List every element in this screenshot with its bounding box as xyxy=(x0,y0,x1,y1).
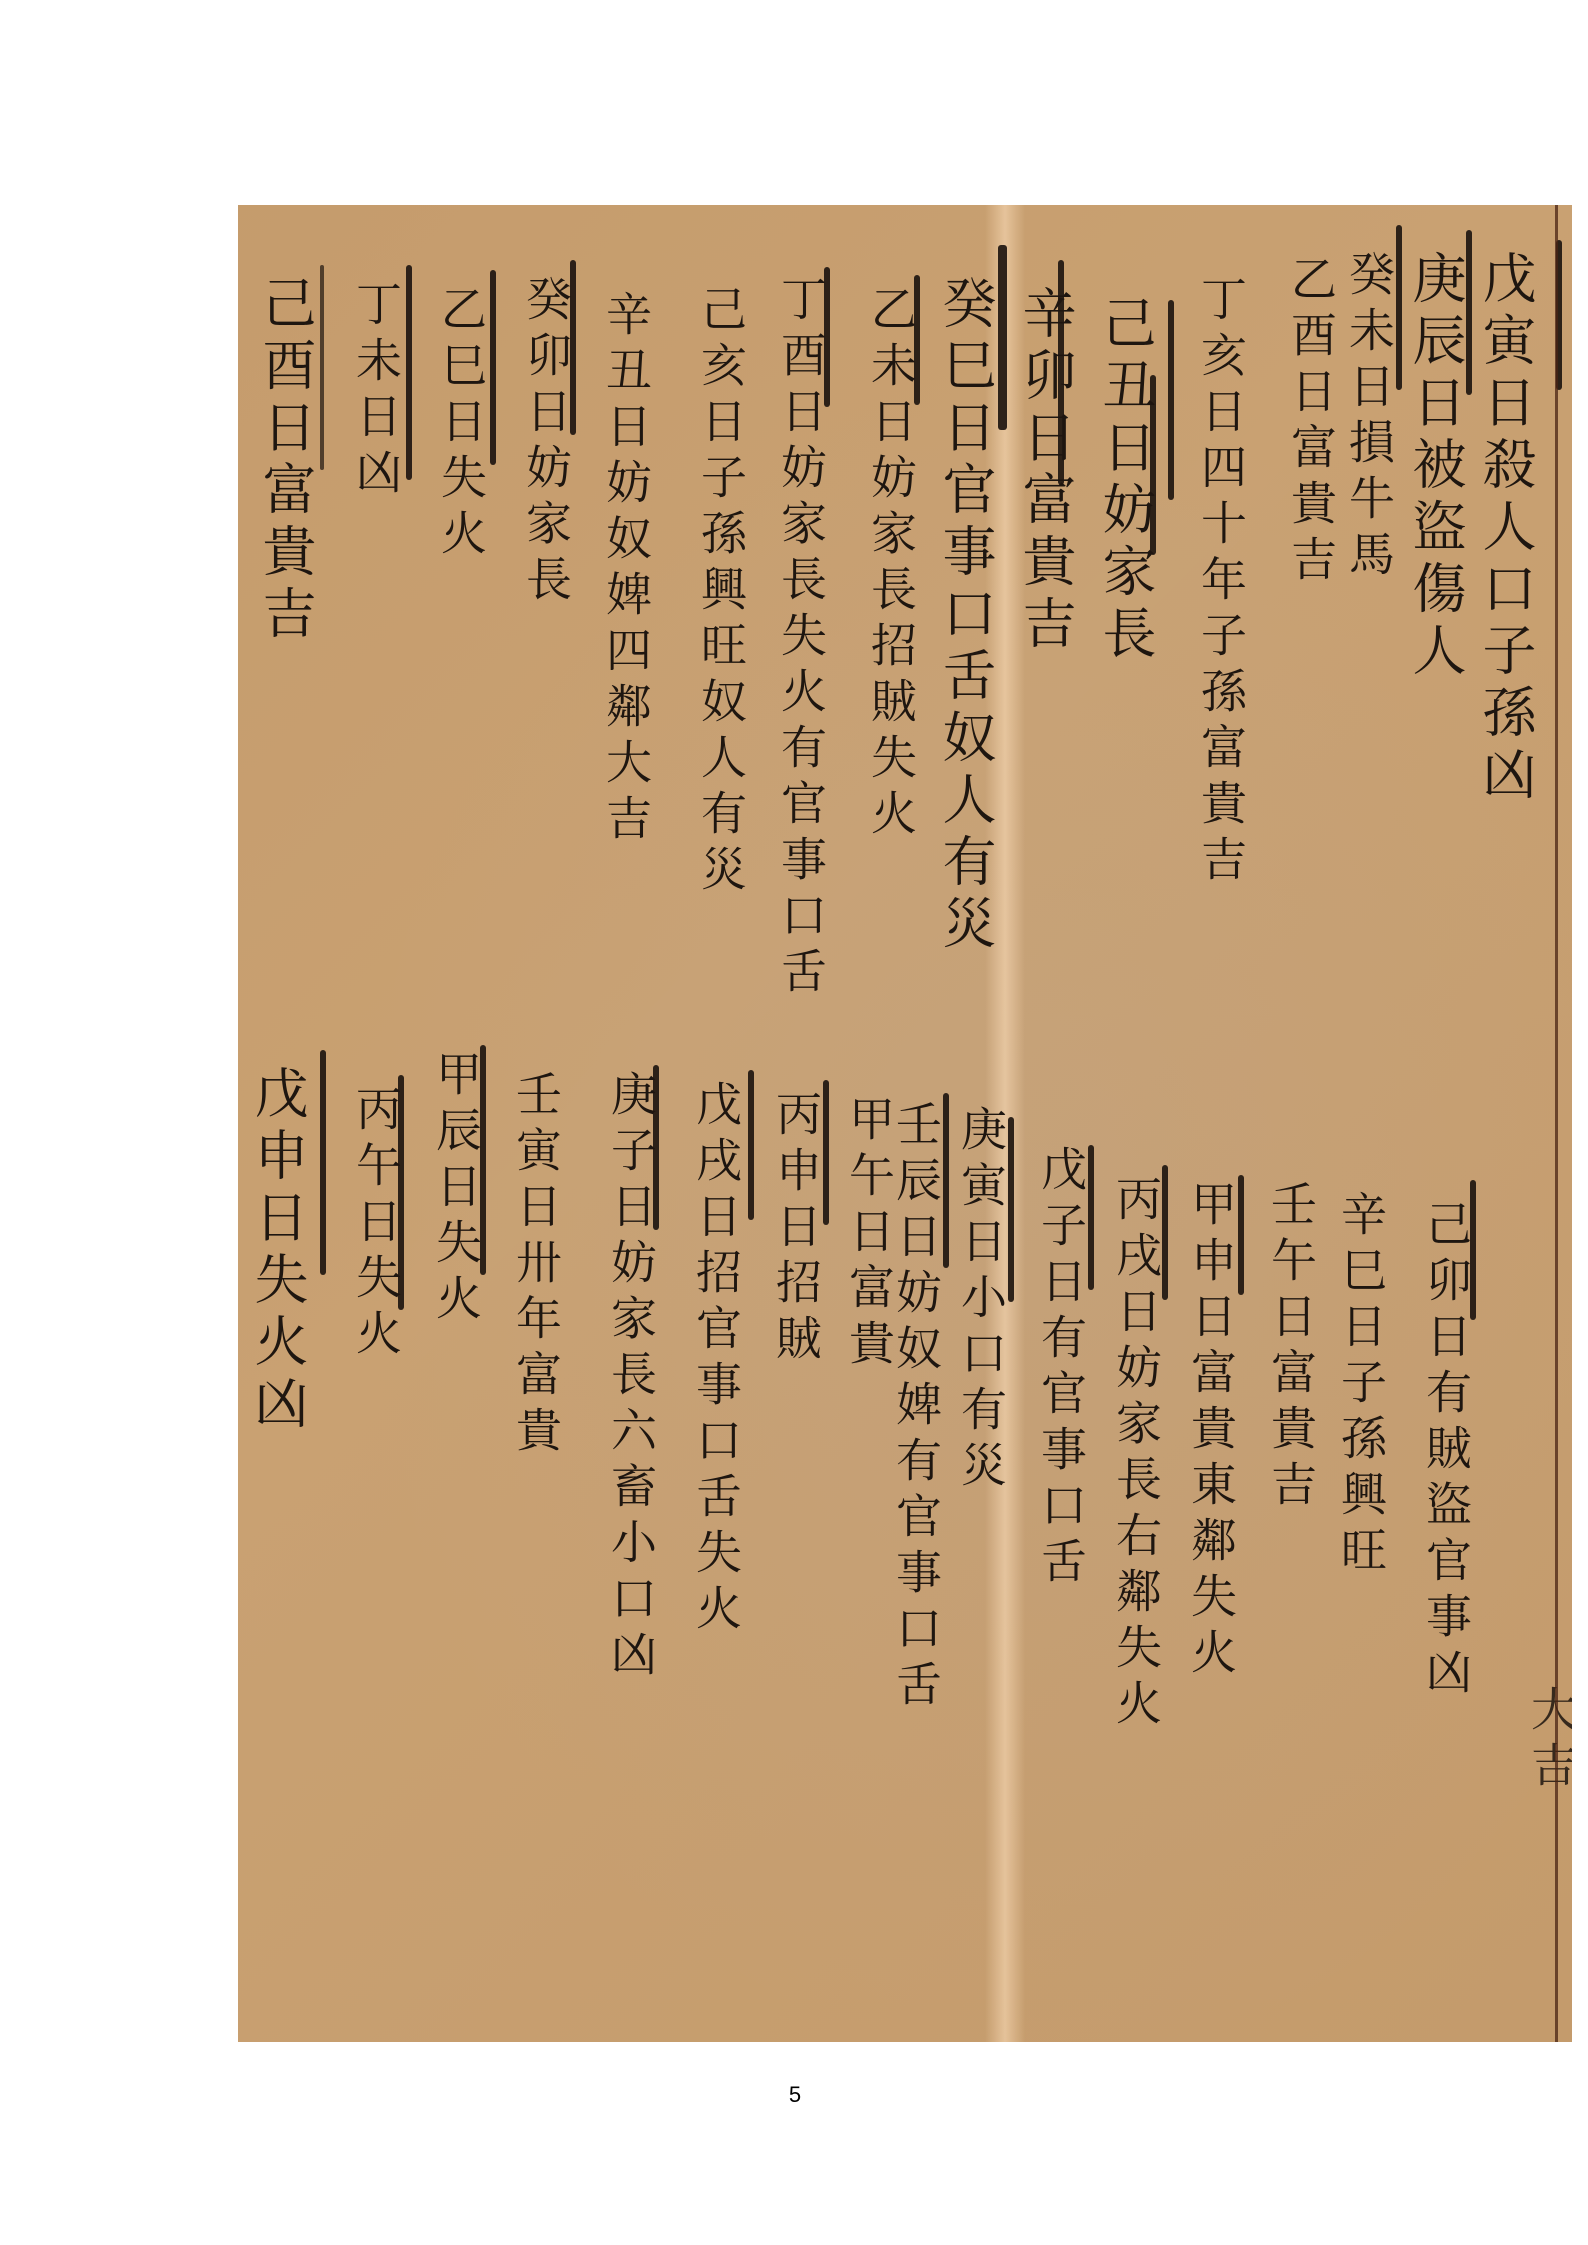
entry-mark xyxy=(320,265,324,470)
entry-mark xyxy=(1058,260,1064,485)
entry-renchen: 壬辰日妨奴婢有官事口舌 xyxy=(893,1100,939,1716)
manuscript-scan: 戊寅日殺人口子孫凶 庚辰日被盜傷人 癸未日損牛馬 乙酉日富貴吉 丁亥日四十年子孫… xyxy=(238,205,1572,2042)
entry-guisi: 癸巳日官事口舌奴人有災 xyxy=(938,275,992,957)
entry-mark xyxy=(1238,1175,1244,1295)
entry-mark xyxy=(914,275,920,405)
entry-wuyin: 戊寅日殺人口子孫凶 xyxy=(1478,250,1532,808)
entry-mark xyxy=(1088,1145,1094,1290)
entry-mark xyxy=(320,1050,326,1275)
entry-mark xyxy=(1470,1180,1476,1320)
margin-mark: 大吉 xyxy=(1528,1685,1572,1797)
entry-guimao: 癸卯日妨家長 xyxy=(523,275,569,611)
entry-jichou: 己丑日妨家長 xyxy=(1098,295,1152,667)
entry-mark xyxy=(490,270,496,465)
entry-dinghai: 丁亥日四十年子孫富貴吉 xyxy=(1198,275,1244,891)
entry-mark xyxy=(998,245,1007,430)
entry-bingshen: 丙申日招賊 xyxy=(773,1090,819,1370)
page-number: 5 xyxy=(780,2082,810,2108)
entry-renwu: 壬午日富貴吉 xyxy=(1268,1180,1314,1516)
entry-mark xyxy=(653,1065,659,1230)
entry-yiyou: 乙酉日富貴吉 xyxy=(1288,255,1334,591)
entry-gengyin: 庚寅日小口有災 xyxy=(958,1105,1004,1497)
entry-wuxu: 戊戌日招官事口舌失火 xyxy=(693,1080,739,1640)
entry-mark xyxy=(406,265,412,480)
entry-xinchou: 辛丑日妨奴婢四鄰大吉 xyxy=(603,290,649,850)
entry-mark xyxy=(1150,375,1156,555)
entry-jiashen: 甲申日富貴東鄰失火 xyxy=(1188,1180,1234,1684)
entry-mark xyxy=(1008,1117,1014,1302)
entry-dingwei: 丁未日凶 xyxy=(353,280,399,504)
entry-jiyou: 己酉日富貴吉 xyxy=(258,275,312,647)
entry-wuzi: 戊子日有官事口舌 xyxy=(1038,1145,1084,1593)
entry-mark xyxy=(570,260,576,435)
entry-jimao: 己卯日有賊盜官事凶 xyxy=(1423,1200,1469,1704)
entry-dingyou: 丁酉日妨家長失火有官事口舌 xyxy=(778,275,824,1003)
entry-guiwei: 癸未日損牛馬 xyxy=(1346,250,1392,586)
entry-mark xyxy=(1396,225,1402,390)
entry-jiawu: 甲午日富貴 xyxy=(846,1095,892,1375)
entry-bingwu: 丙午日失火 xyxy=(353,1085,399,1365)
entry-mark xyxy=(943,1093,949,1268)
entry-jiachen: 甲辰日失火 xyxy=(433,1050,479,1330)
entry-wushen: 戊申日失火凶 xyxy=(250,1065,304,1437)
entry-mark xyxy=(1556,240,1562,390)
entry-yisi: 乙巳日失火 xyxy=(438,285,484,565)
entry-mark xyxy=(1466,230,1472,395)
entry-mark xyxy=(480,1045,486,1275)
entry-mark xyxy=(398,1075,404,1310)
entry-mark xyxy=(824,267,830,407)
entry-renyin: 壬寅日卅年富貴 xyxy=(513,1070,559,1462)
entry-jihai: 己亥日子孫興旺奴人有災 xyxy=(698,285,744,901)
entry-xinsi: 辛巳日子孫興旺 xyxy=(1338,1190,1384,1582)
entry-mark xyxy=(748,1070,754,1220)
entry-mark xyxy=(1162,1165,1168,1300)
entry-bingxu: 丙戌日妨家長右鄰失火 xyxy=(1113,1175,1159,1735)
entry-yiwei: 乙未日妨家長招賊失火 xyxy=(868,285,914,845)
entry-mark xyxy=(1168,300,1174,500)
entry-gengzi: 庚子日妨家長六畜小口凶 xyxy=(608,1070,654,1686)
entry-mark xyxy=(823,1080,829,1225)
entry-gengchen: 庚辰日被盜傷人 xyxy=(1408,250,1462,684)
